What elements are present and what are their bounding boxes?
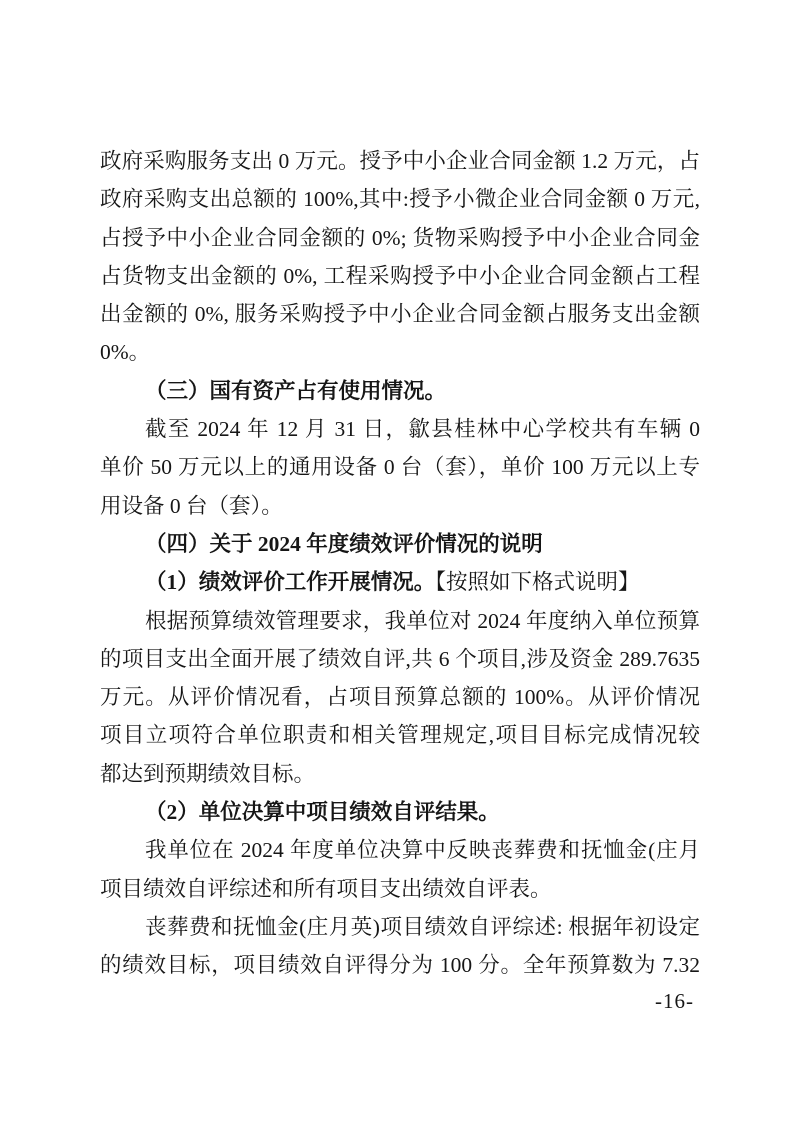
body-line: 万元。从评价情况看，占项目预算总额的 100%。从评价情况看， bbox=[100, 678, 700, 716]
heading-sub-2: （2）单位决算中项目绩效自评结果。 bbox=[100, 793, 700, 831]
body-line: 占货物支出金额的 0%, 工程采购授予中小企业合同金额占工程支 bbox=[100, 257, 700, 295]
heading-section-4: （四）关于 2024 年度绩效评价情况的说明 bbox=[100, 525, 700, 563]
body-line: 政府采购支出总额的 100%,其中:授予小微企业合同金额 0 万元, bbox=[100, 180, 700, 218]
body-line: 政府采购服务支出 0 万元。授予中小企业合同金额 1.2 万元，占 bbox=[100, 142, 700, 180]
body-line: 单价 50 万元以上的通用设备 0 台（套），单价 100 万元以上专 bbox=[100, 448, 700, 486]
body-line: 占授予中小企业合同金额的 0%; 货物采购授予中小企业合同金额 bbox=[100, 219, 700, 257]
heading-sub-1: （1）绩效评价工作开展情况。【按照如下格式说明】 bbox=[100, 563, 700, 601]
body-line: 截至 2024 年 12 月 31 日，歙县桂林中心学校共有车辆 0 辆， bbox=[100, 410, 700, 448]
body-line: 我单位在 2024 年度单位决算中反映丧葬费和抚恤金(庄月英) bbox=[100, 831, 700, 869]
body-line: 根据预算绩效管理要求，我单位对 2024 年度纳入单位预算 bbox=[100, 602, 700, 640]
heading-sub-1-title: （1）绩效评价工作开展情况。 bbox=[145, 570, 435, 594]
body-line: 丧葬费和抚恤金(庄月英)项目绩效自评综述: 根据年初设定 bbox=[100, 908, 700, 946]
body-line: 出金额的 0%, 服务采购授予中小企业合同金额占服务支出金额的 bbox=[100, 295, 700, 333]
body-line: 项目绩效自评综述和所有项目支出绩效自评表。 bbox=[100, 870, 700, 908]
body-line: 用设备 0 台（套）。 bbox=[100, 487, 700, 525]
body-line: 的项目支出全面开展了绩效自评,共 6 个项目,涉及资金 289.7635 bbox=[100, 640, 700, 678]
heading-sub-1-note: 【按照如下格式说明】 bbox=[435, 570, 639, 594]
document-body: 政府采购服务支出 0 万元。授予中小企业合同金额 1.2 万元，占 政府采购支出… bbox=[100, 142, 700, 985]
body-line: 都达到预期绩效目标。 bbox=[100, 755, 700, 793]
page-number: -16- bbox=[100, 988, 694, 1014]
document-page: 政府采购服务支出 0 万元。授予中小企业合同金额 1.2 万元，占 政府采购支出… bbox=[0, 0, 793, 1122]
body-line: 的绩效目标，项目绩效自评得分为 100 分。全年预算数为 7.32 bbox=[100, 946, 700, 984]
body-line: 项目立项符合单位职责和相关管理规定,项目目标完成情况较好， bbox=[100, 716, 700, 754]
body-line: 0%。 bbox=[100, 333, 700, 371]
heading-section-3: （三）国有资产占有使用情况。 bbox=[100, 372, 700, 410]
